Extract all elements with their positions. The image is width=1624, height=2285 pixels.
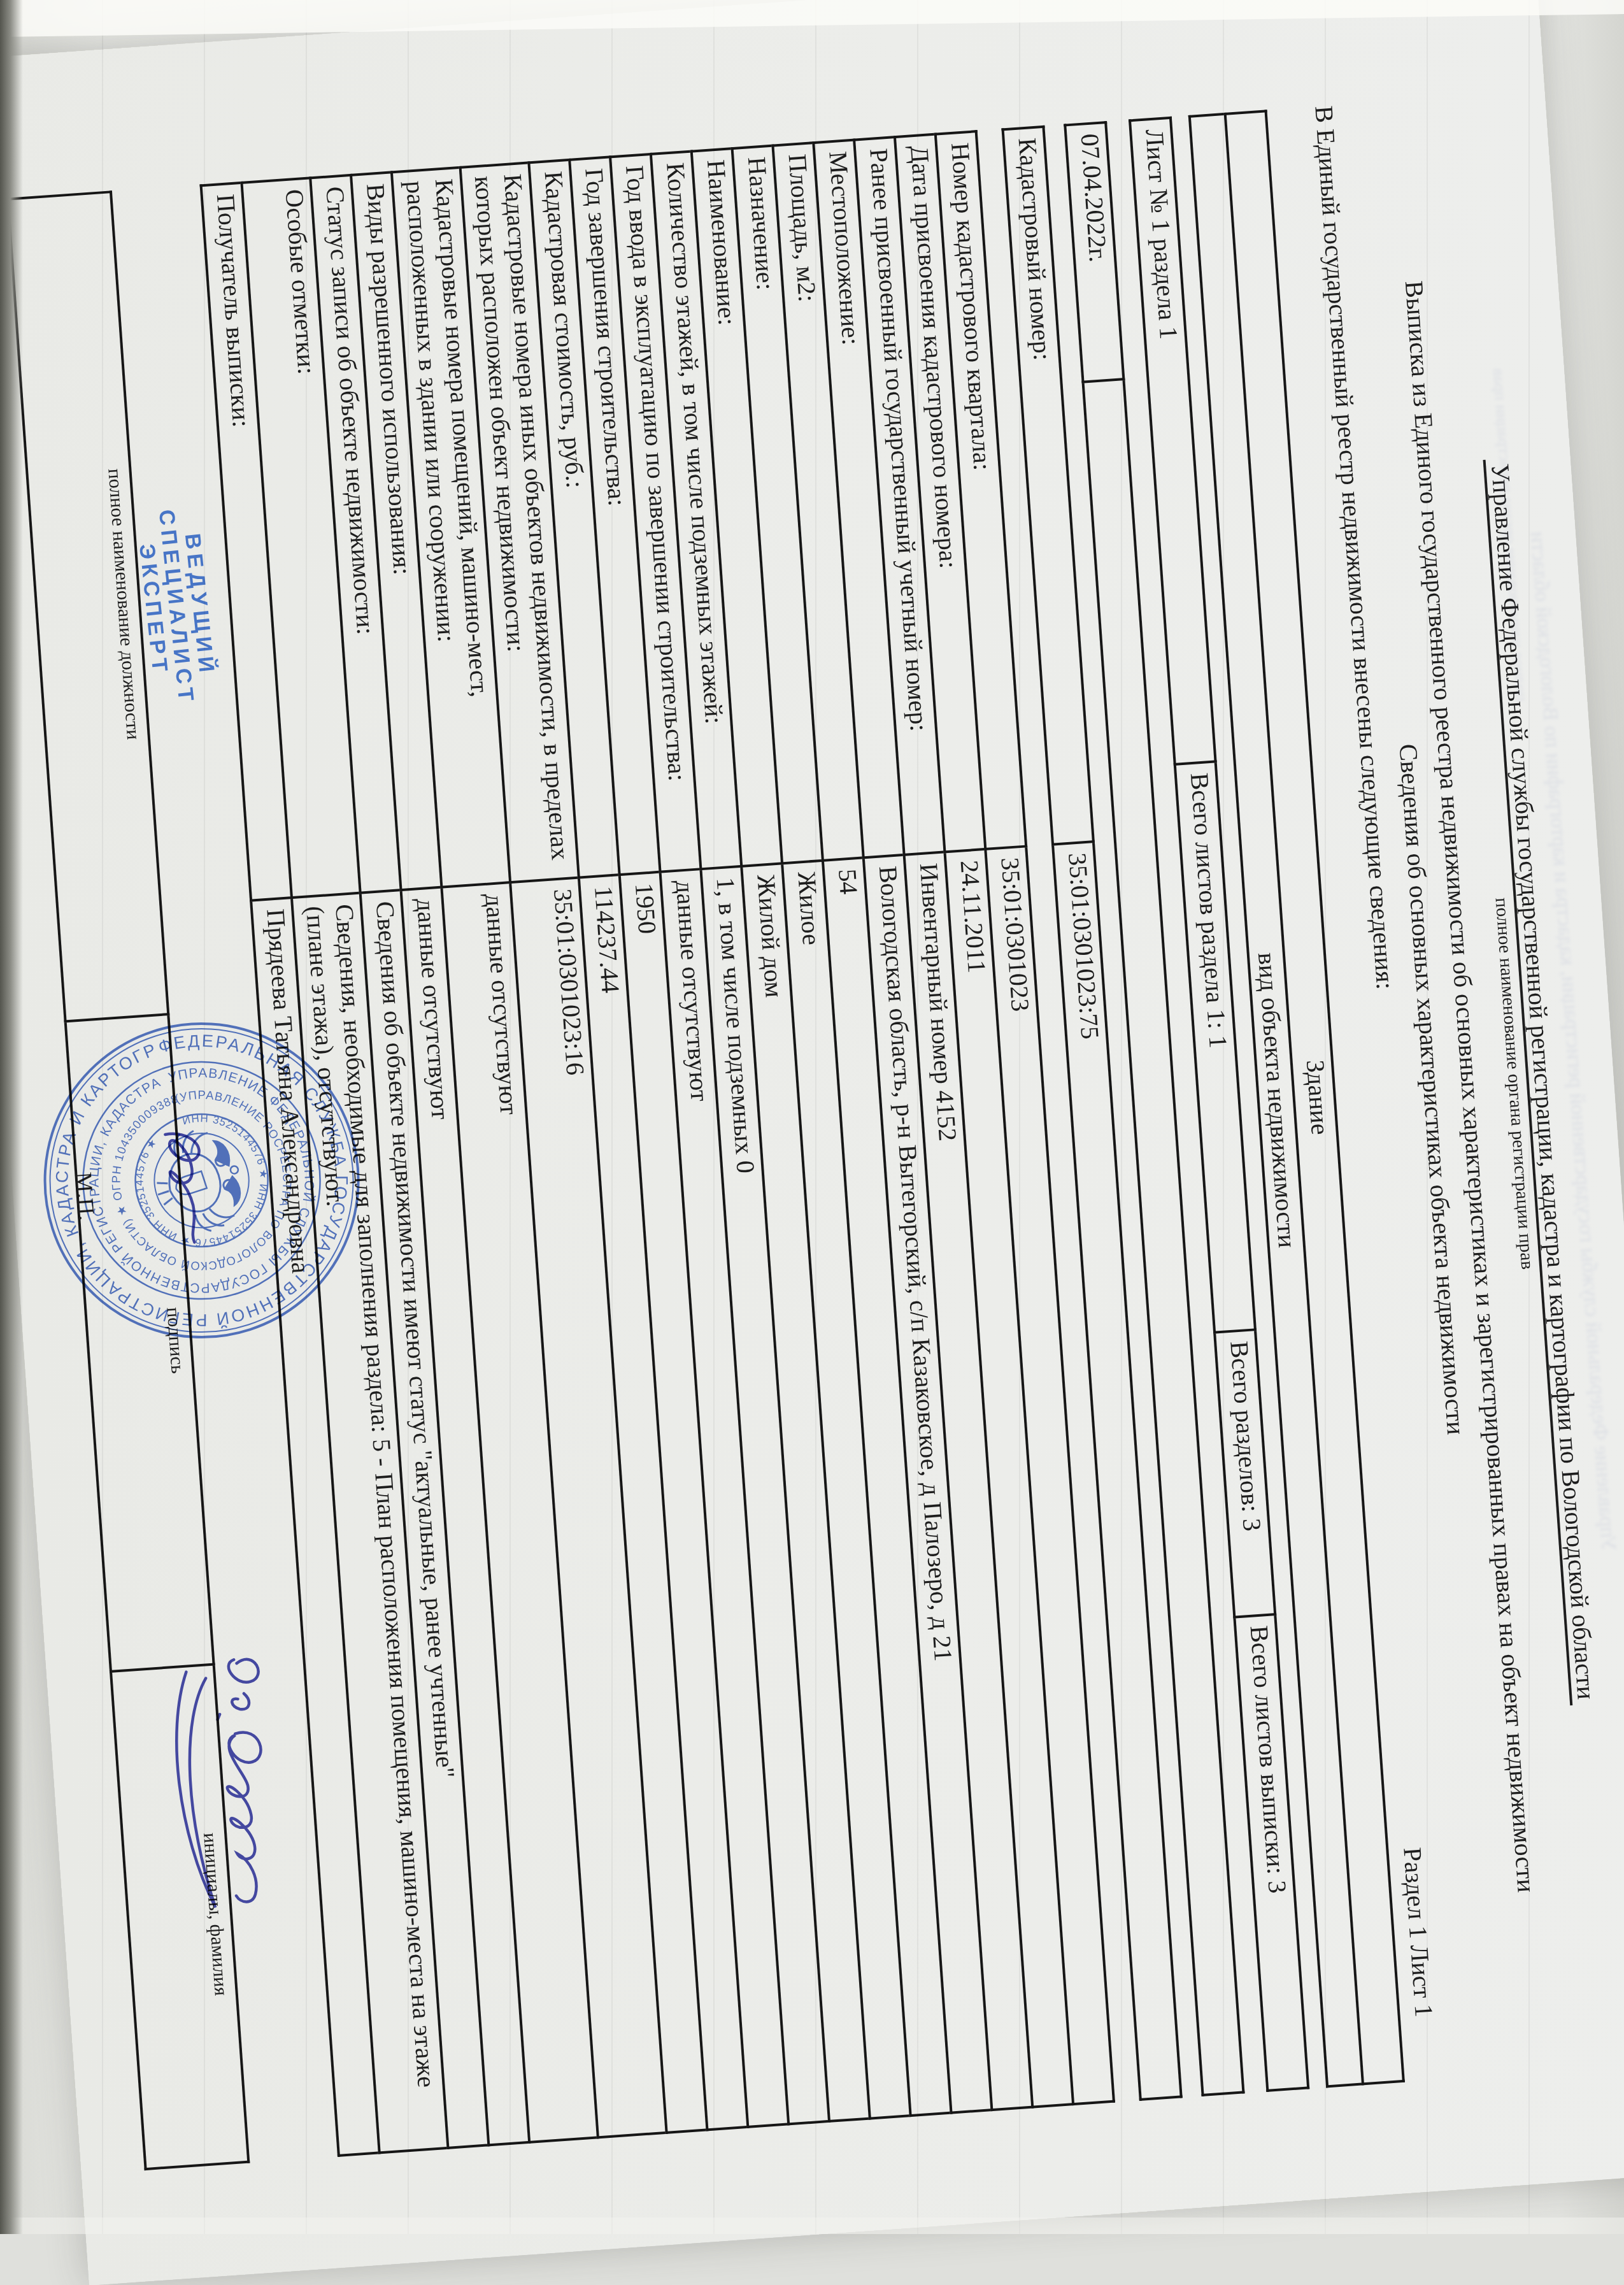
document-content: Управление Федеральной службы государств… — [0, 94, 1624, 2172]
scanned-page-background: Управление Федеральной службы государств… — [0, 0, 1624, 2234]
sheet-info-cell: Всего разделов: 3 — [1214, 1329, 1275, 1617]
scanner-bottom-edge — [0, 2217, 1624, 2234]
document-sheet: Управление Федеральной службы государств… — [0, 0, 1624, 2234]
handwritten-signature-icon — [139, 1122, 224, 1254]
sheet-info-cell: Всего листов выписки: 3 — [1234, 1614, 1308, 2090]
handwritten-initials-icon — [152, 1635, 292, 1923]
extract-date: 07.04.2022г. — [1065, 122, 1123, 382]
scanner-left-edge — [0, 0, 23, 2234]
